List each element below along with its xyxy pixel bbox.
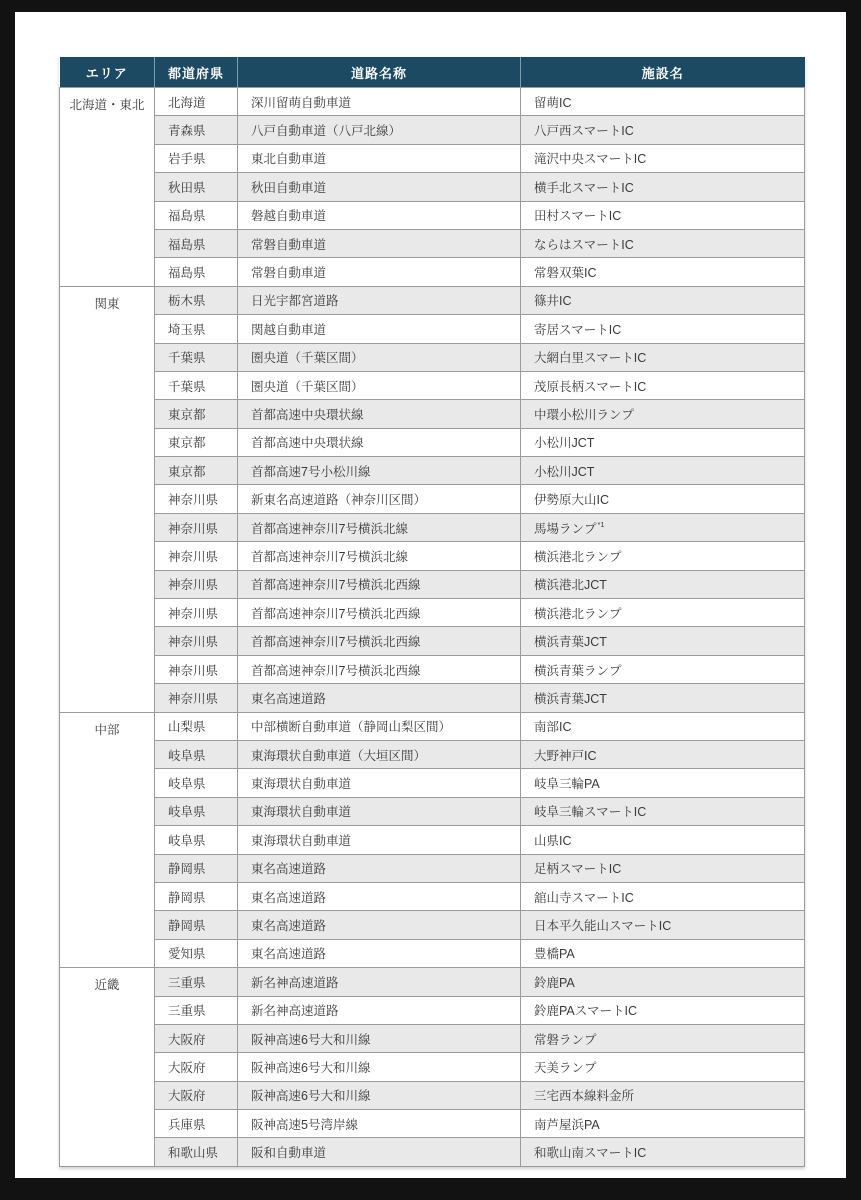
table-header: エリア 都道府県 道路名称 施設名 <box>60 57 805 88</box>
facility-cell: 足柄スマートIC <box>521 854 805 882</box>
table-row: 埼玉県関越自動車道寄居スマートIC <box>60 315 805 343</box>
facility-cell: 八戸西スマートIC <box>521 116 805 144</box>
prefecture-cell: 神奈川県 <box>155 599 238 627</box>
road-cell: 新東名高速道路（神奈川区間） <box>238 485 521 513</box>
prefecture-cell: 東京都 <box>155 428 238 456</box>
facility-name: 留萌IC <box>534 96 572 110</box>
table-row: 大阪府阪神高速6号大和川線常磐ランプ <box>60 1024 805 1052</box>
prefecture-cell: 東京都 <box>155 400 238 428</box>
area-cell: 関東 <box>60 286 155 712</box>
table-row: 秋田県秋田自動車道横手北スマートIC <box>60 173 805 201</box>
road-cell: 阪和自動車道 <box>238 1138 521 1166</box>
facility-name: 常磐双葉IC <box>534 266 597 280</box>
column-header-facility: 施設名 <box>521 57 805 88</box>
facility-cell: 鈴鹿PA <box>521 968 805 996</box>
facility-cell: 大網白里スマートIC <box>521 343 805 371</box>
facility-name: 豊橋PA <box>534 947 575 961</box>
prefecture-cell: 静岡県 <box>155 911 238 939</box>
facility-cell: 和歌山南スマートIC <box>521 1138 805 1166</box>
table-row: 岩手県東北自動車道滝沢中央スマートIC <box>60 144 805 172</box>
road-cell: 中部横断自動車道（静岡山梨区間） <box>238 712 521 740</box>
facility-cell: 小松川JCT <box>521 457 805 485</box>
facility-cell: 横浜港北ランプ <box>521 542 805 570</box>
road-cell: 圏央道（千葉区間） <box>238 371 521 399</box>
facility-cell: 留萌IC <box>521 88 805 116</box>
table-row: 静岡県東名高速道路足柄スマートIC <box>60 854 805 882</box>
road-cell: 首都高速神奈川7号横浜北西線 <box>238 627 521 655</box>
facility-cell: 横浜港北ランプ <box>521 599 805 627</box>
facility-name: 大野神戸IC <box>534 749 597 763</box>
road-cell: 首都高速中央環状線 <box>238 428 521 456</box>
table-row: 関東栃木県日光宇都宮道路篠井IC <box>60 286 805 314</box>
prefecture-cell: 福島県 <box>155 229 238 257</box>
road-cell: 東海環状自動車道（大垣区間） <box>238 740 521 768</box>
road-cell: 東海環状自動車道 <box>238 797 521 825</box>
facility-name: 中環小松川ランプ <box>534 408 634 422</box>
facility-name: 茂原長柄スマートIC <box>534 380 646 394</box>
facility-name: 横浜青葉ランプ <box>534 664 622 678</box>
table-row: 三重県新名神高速道路鈴鹿PAスマートIC <box>60 996 805 1024</box>
prefecture-cell: 和歌山県 <box>155 1138 238 1166</box>
table-row: 岐阜県東海環状自動車道山県IC <box>60 826 805 854</box>
road-cell: 常磐自動車道 <box>238 258 521 286</box>
header-row: エリア 都道府県 道路名称 施設名 <box>60 57 805 88</box>
table-row: 東京都首都高速中央環状線小松川JCT <box>60 428 805 456</box>
road-cell: 深川留萌自動車道 <box>238 88 521 116</box>
road-cell: 首都高速神奈川7号横浜北西線 <box>238 655 521 683</box>
prefecture-cell: 大阪府 <box>155 1081 238 1109</box>
prefecture-cell: 秋田県 <box>155 173 238 201</box>
facility-cell: 大野神戸IC <box>521 740 805 768</box>
facility-cell: 日本平久能山スマートIC <box>521 911 805 939</box>
facility-name: 八戸西スマートIC <box>534 124 634 138</box>
facility-cell: 馬場ランプ*1 <box>521 513 805 541</box>
facility-cell: 茂原長柄スマートIC <box>521 371 805 399</box>
table-row: 大阪府阪神高速6号大和川線三宅西本線料金所 <box>60 1081 805 1109</box>
prefecture-cell: 東京都 <box>155 457 238 485</box>
prefecture-cell: 北海道 <box>155 88 238 116</box>
facility-cell: 横浜青葉JCT <box>521 627 805 655</box>
facility-cell: 中環小松川ランプ <box>521 400 805 428</box>
facility-cell: 天美ランプ <box>521 1053 805 1081</box>
road-cell: 新名神高速道路 <box>238 968 521 996</box>
road-cell: 阪神高速5号湾岸線 <box>238 1110 521 1138</box>
road-cell: 東名高速道路 <box>238 882 521 910</box>
facility-name: 田村スマートIC <box>534 209 621 223</box>
facility-cell: 横浜青葉ランプ <box>521 655 805 683</box>
prefecture-cell: 岐阜県 <box>155 797 238 825</box>
table-row: 岐阜県東海環状自動車道岐阜三輪スマートIC <box>60 797 805 825</box>
table-row: 東京都首都高速7号小松川線小松川JCT <box>60 457 805 485</box>
prefecture-cell: 栃木県 <box>155 286 238 314</box>
prefecture-cell: 静岡県 <box>155 854 238 882</box>
facility-name: 舘山寺スマートIC <box>534 891 634 905</box>
table-row: 神奈川県東名高速道路横浜青葉JCT <box>60 684 805 712</box>
table-row: 青森県八戸自動車道（八戸北線）八戸西スマートIC <box>60 116 805 144</box>
facility-cell: 舘山寺スマートIC <box>521 882 805 910</box>
facility-cell: 田村スマートIC <box>521 201 805 229</box>
table-body: 北海道・東北北海道深川留萌自動車道留萌IC青森県八戸自動車道（八戸北線）八戸西ス… <box>60 88 805 1167</box>
road-cell: 東名高速道路 <box>238 911 521 939</box>
table-row: 神奈川県首都高速神奈川7号横浜北西線横浜港北ランプ <box>60 599 805 627</box>
table-row: 福島県磐越自動車道田村スマートIC <box>60 201 805 229</box>
prefecture-cell: 兵庫県 <box>155 1110 238 1138</box>
table-row: 静岡県東名高速道路舘山寺スマートIC <box>60 882 805 910</box>
table-row: 神奈川県首都高速神奈川7号横浜北西線横浜青葉JCT <box>60 627 805 655</box>
facility-cell: 横浜青葉JCT <box>521 684 805 712</box>
table-row: 神奈川県新東名高速道路（神奈川区間）伊勢原大山IC <box>60 485 805 513</box>
facility-name: 岐阜三輪PA <box>534 777 600 791</box>
prefecture-cell: 大阪府 <box>155 1053 238 1081</box>
table-row: 福島県常磐自動車道ならはスマートIC <box>60 229 805 257</box>
facility-cell: 豊橋PA <box>521 939 805 967</box>
facility-name: 横浜港北ランプ <box>534 607 622 621</box>
prefecture-cell: 福島県 <box>155 258 238 286</box>
prefecture-cell: 三重県 <box>155 968 238 996</box>
road-cell: 阪神高速6号大和川線 <box>238 1081 521 1109</box>
facility-cell: 小松川JCT <box>521 428 805 456</box>
prefecture-cell: 神奈川県 <box>155 513 238 541</box>
prefecture-cell: 福島県 <box>155 201 238 229</box>
road-cell: 東北自動車道 <box>238 144 521 172</box>
road-cell: 圏央道（千葉区間） <box>238 343 521 371</box>
road-cell: 首都高速神奈川7号横浜北西線 <box>238 570 521 598</box>
facility-name: 足柄スマートIC <box>534 862 621 876</box>
facility-name: 南部IC <box>534 720 572 734</box>
facility-cell: 伊勢原大山IC <box>521 485 805 513</box>
prefecture-cell: 千葉県 <box>155 343 238 371</box>
prefecture-cell: 神奈川県 <box>155 684 238 712</box>
facility-cell: 寄居スマートIC <box>521 315 805 343</box>
road-cell: 東名高速道路 <box>238 684 521 712</box>
road-cell: 阪神高速6号大和川線 <box>238 1024 521 1052</box>
facility-name: 大網白里スマートIC <box>534 351 646 365</box>
facility-name: 滝沢中央スマートIC <box>534 152 646 166</box>
facility-name: 横浜青葉JCT <box>534 635 607 649</box>
column-header-road: 道路名称 <box>238 57 521 88</box>
prefecture-cell: 岐阜県 <box>155 826 238 854</box>
table-row: 北海道・東北北海道深川留萌自動車道留萌IC <box>60 88 805 116</box>
table-row: 岐阜県東海環状自動車道（大垣区間）大野神戸IC <box>60 740 805 768</box>
table-row: 愛知県東名高速道路豊橋PA <box>60 939 805 967</box>
facility-name: 山県IC <box>534 834 572 848</box>
prefecture-cell: 静岡県 <box>155 882 238 910</box>
road-cell: 首都高速神奈川7号横浜北線 <box>238 542 521 570</box>
prefecture-cell: 岩手県 <box>155 144 238 172</box>
facility-cell: 滝沢中央スマートIC <box>521 144 805 172</box>
facility-name: 天美ランプ <box>534 1061 597 1075</box>
column-header-area: エリア <box>60 57 155 88</box>
facility-name: 岐阜三輪スマートIC <box>534 805 646 819</box>
facility-name: ならはスマートIC <box>534 238 634 252</box>
prefecture-cell: 山梨県 <box>155 712 238 740</box>
facility-cell: 鈴鹿PAスマートIC <box>521 996 805 1024</box>
table-row: 千葉県圏央道（千葉区間）茂原長柄スマートIC <box>60 371 805 399</box>
facility-cell: 山県IC <box>521 826 805 854</box>
facility-cell: 横手北スマートIC <box>521 173 805 201</box>
road-cell: 常磐自動車道 <box>238 229 521 257</box>
prefecture-cell: 神奈川県 <box>155 655 238 683</box>
road-cell: 首都高速中央環状線 <box>238 400 521 428</box>
road-cell: 首都高速神奈川7号横浜北線 <box>238 513 521 541</box>
facility-name: 伊勢原大山IC <box>534 493 609 507</box>
prefecture-cell: 大阪府 <box>155 1024 238 1052</box>
table-row: 神奈川県首都高速神奈川7号横浜北西線横浜青葉ランプ <box>60 655 805 683</box>
facility-name: 三宅西本線料金所 <box>534 1089 634 1103</box>
facility-cell: 南部IC <box>521 712 805 740</box>
area-cell: 近畿 <box>60 968 155 1167</box>
road-cell: 秋田自動車道 <box>238 173 521 201</box>
prefecture-cell: 青森県 <box>155 116 238 144</box>
table-row: 岐阜県東海環状自動車道岐阜三輪PA <box>60 769 805 797</box>
road-cell: 新名神高速道路 <box>238 996 521 1024</box>
road-cell: 関越自動車道 <box>238 315 521 343</box>
facility-cell: 常磐双葉IC <box>521 258 805 286</box>
road-cell: 磐越自動車道 <box>238 201 521 229</box>
road-cell: 首都高速神奈川7号横浜北西線 <box>238 599 521 627</box>
facility-name: 常磐ランプ <box>534 1033 597 1047</box>
table-row: 神奈川県首都高速神奈川7号横浜北線馬場ランプ*1 <box>60 513 805 541</box>
road-cell: 日光宇都宮道路 <box>238 286 521 314</box>
road-cell: 東海環状自動車道 <box>238 769 521 797</box>
road-cell: 阪神高速6号大和川線 <box>238 1053 521 1081</box>
facility-name: 篠井IC <box>534 294 572 308</box>
table-row: 神奈川県首都高速神奈川7号横浜北線横浜港北ランプ <box>60 542 805 570</box>
table-row: 神奈川県首都高速神奈川7号横浜北西線横浜港北JCT <box>60 570 805 598</box>
facility-cell: 岐阜三輪スマートIC <box>521 797 805 825</box>
road-cell: 東名高速道路 <box>238 854 521 882</box>
facility-cell: 南芦屋浜PA <box>521 1110 805 1138</box>
prefecture-cell: 埼玉県 <box>155 315 238 343</box>
footnote-marker: *1 <box>598 520 605 529</box>
table-row: 近畿三重県新名神高速道路鈴鹿PA <box>60 968 805 996</box>
prefecture-cell: 神奈川県 <box>155 570 238 598</box>
prefecture-cell: 千葉県 <box>155 371 238 399</box>
prefecture-cell: 神奈川県 <box>155 627 238 655</box>
table-row: 静岡県東名高速道路日本平久能山スマートIC <box>60 911 805 939</box>
table-row: 千葉県圏央道（千葉区間）大網白里スマートIC <box>60 343 805 371</box>
table-row: 福島県常磐自動車道常磐双葉IC <box>60 258 805 286</box>
document-page: エリア 都道府県 道路名称 施設名 北海道・東北北海道深川留萌自動車道留萌IC青… <box>15 12 846 1178</box>
prefecture-cell: 三重県 <box>155 996 238 1024</box>
facility-name: 鈴鹿PAスマートIC <box>534 1004 637 1018</box>
facility-name: 和歌山南スマートIC <box>534 1146 646 1160</box>
facilities-table: エリア 都道府県 道路名称 施設名 北海道・東北北海道深川留萌自動車道留萌IC青… <box>59 57 805 1167</box>
facility-cell: 岐阜三輪PA <box>521 769 805 797</box>
facility-name: 横手北スマートIC <box>534 181 634 195</box>
facility-name: 小松川JCT <box>534 465 594 479</box>
area-cell: 中部 <box>60 712 155 968</box>
facility-name: 横浜青葉JCT <box>534 692 607 706</box>
table-row: 和歌山県阪和自動車道和歌山南スマートIC <box>60 1138 805 1166</box>
prefecture-cell: 愛知県 <box>155 939 238 967</box>
facility-cell: 常磐ランプ <box>521 1024 805 1052</box>
facility-name: 南芦屋浜PA <box>534 1118 600 1132</box>
road-cell: 東海環状自動車道 <box>238 826 521 854</box>
facility-name: 日本平久能山スマートIC <box>534 919 671 933</box>
facility-cell: 横浜港北JCT <box>521 570 805 598</box>
column-header-prefecture: 都道府県 <box>155 57 238 88</box>
facility-name: 横浜港北ランプ <box>534 550 622 564</box>
facility-name: 馬場ランプ <box>534 522 597 536</box>
table-row: 東京都首都高速中央環状線中環小松川ランプ <box>60 400 805 428</box>
facility-name: 横浜港北JCT <box>534 578 607 592</box>
facility-name: 小松川JCT <box>534 436 594 450</box>
road-cell: 首都高速7号小松川線 <box>238 457 521 485</box>
facility-cell: 篠井IC <box>521 286 805 314</box>
photo-background: { "colors": { "header_bg": "#1c4a63", "h… <box>0 0 861 1200</box>
prefecture-cell: 神奈川県 <box>155 485 238 513</box>
facility-name: 鈴鹿PA <box>534 976 575 990</box>
facility-cell: ならはスマートIC <box>521 229 805 257</box>
table-row: 中部山梨県中部横断自動車道（静岡山梨区間）南部IC <box>60 712 805 740</box>
facility-name: 寄居スマートIC <box>534 323 621 337</box>
table-row: 兵庫県阪神高速5号湾岸線南芦屋浜PA <box>60 1110 805 1138</box>
facility-cell: 三宅西本線料金所 <box>521 1081 805 1109</box>
road-cell: 八戸自動車道（八戸北線） <box>238 116 521 144</box>
road-cell: 東名高速道路 <box>238 939 521 967</box>
prefecture-cell: 神奈川県 <box>155 542 238 570</box>
table-row: 大阪府阪神高速6号大和川線天美ランプ <box>60 1053 805 1081</box>
prefecture-cell: 岐阜県 <box>155 740 238 768</box>
area-cell: 北海道・東北 <box>60 88 155 287</box>
prefecture-cell: 岐阜県 <box>155 769 238 797</box>
